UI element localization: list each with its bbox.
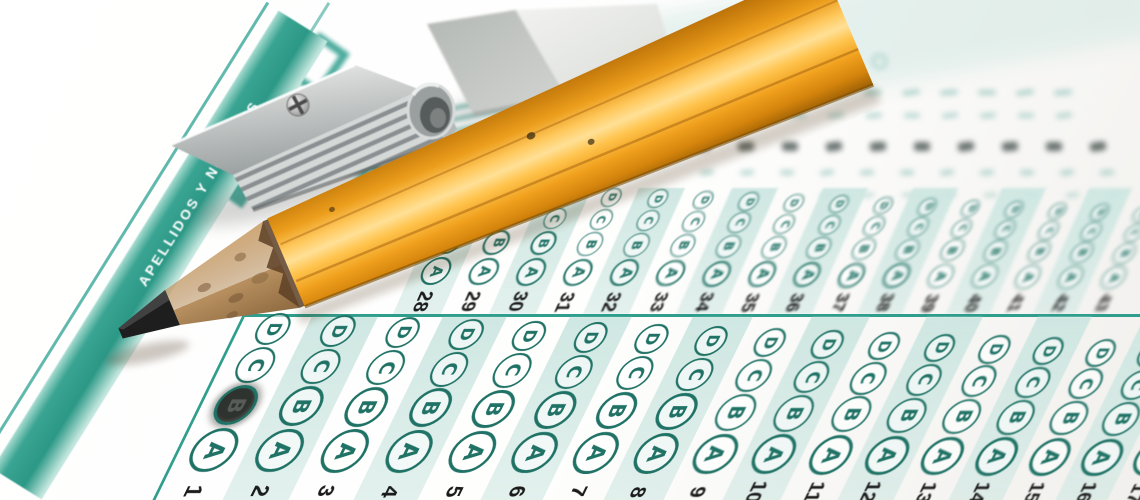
answer-bubble-D: D bbox=[958, 200, 983, 217]
answer-bubble-B: B bbox=[1110, 243, 1140, 264]
answer-bubble-B: B bbox=[479, 230, 515, 255]
question-number: 37 bbox=[825, 291, 854, 314]
answer-bubble-C: C bbox=[724, 212, 753, 232]
question-number: 28 bbox=[406, 289, 438, 314]
answer-bubble-C: C bbox=[844, 362, 892, 394]
answer-bubble-D: D bbox=[748, 328, 792, 357]
answer-bubble-B: B bbox=[272, 386, 331, 426]
answer-bubble-D: D bbox=[506, 321, 552, 352]
answer-bubble-B: B bbox=[936, 239, 967, 261]
answer-bubble-D: D bbox=[806, 330, 849, 359]
answer-bubble-B: B bbox=[848, 238, 880, 260]
answer-bubble-B: B bbox=[767, 395, 821, 431]
answer-bubble-D: D bbox=[379, 317, 426, 348]
answer-bubble-D: D bbox=[914, 198, 939, 216]
question-number: 38 bbox=[870, 291, 899, 314]
answer-bubble-C: C bbox=[586, 209, 617, 230]
question-number: 43 bbox=[1089, 292, 1116, 314]
answer-bubble-C: C bbox=[670, 358, 720, 391]
blurred-text-row bbox=[700, 170, 1114, 175]
answer-bubble-A: A bbox=[441, 431, 504, 473]
question-number: 34 bbox=[689, 290, 719, 314]
answer-bubble-C: C bbox=[815, 215, 844, 235]
question-number: 17 bbox=[1120, 481, 1140, 500]
answer-bubble-D: D bbox=[1045, 203, 1069, 220]
answer-bubble-D: D bbox=[1002, 201, 1027, 218]
answer-bubble-A: A bbox=[923, 264, 958, 288]
answer-bubble-B: B bbox=[1043, 401, 1094, 435]
answer-bubble-D: D bbox=[644, 189, 672, 208]
answer-bubble-B: B bbox=[936, 399, 988, 434]
answer-bubble-A: A bbox=[511, 258, 550, 285]
answer-bubble-A: A bbox=[1097, 266, 1130, 289]
answer-bubble-B: B bbox=[758, 236, 791, 259]
answer-sheet-photo: APELLIDOS Y NOMBRES DCBA28DCBA29DCBA30DC… bbox=[0, 0, 1140, 500]
question-number: 8 bbox=[625, 479, 649, 500]
answer-bubble-B: B bbox=[880, 398, 933, 434]
answer-bubble-B: B bbox=[465, 390, 522, 428]
answer-bubble-C: C bbox=[1035, 221, 1062, 240]
answer-bubble-A: A bbox=[879, 263, 915, 288]
answer-bubble-B: B bbox=[803, 237, 836, 260]
answer-bubble-C: C bbox=[1078, 222, 1104, 240]
answer-bubble-D: D bbox=[1132, 341, 1140, 368]
answer-bubble-D: D bbox=[781, 194, 807, 212]
answer-bubble-C: C bbox=[787, 361, 836, 394]
answer-bubble-D: D bbox=[1088, 204, 1112, 221]
answer-bubble-A: A bbox=[1011, 265, 1045, 289]
question-number: 29 bbox=[454, 289, 486, 314]
answer-bubble-C: C bbox=[549, 355, 600, 389]
question-number: 4 bbox=[377, 478, 402, 500]
answer-bubble-D: D bbox=[825, 195, 851, 213]
answer-bubble-B: B bbox=[527, 391, 584, 429]
question-number: 30 bbox=[502, 289, 534, 314]
question-number: 5 bbox=[441, 478, 466, 500]
answer-bubble-C: C bbox=[992, 220, 1019, 239]
answer-bubble-A: A bbox=[605, 259, 644, 286]
answer-bubble-B: B bbox=[589, 392, 645, 430]
answer-bubble-B: B bbox=[1067, 242, 1097, 263]
answer-bubble-A: A bbox=[789, 262, 826, 287]
question-number: 15 bbox=[1016, 480, 1049, 500]
answer-bubble-C: C bbox=[539, 208, 570, 229]
pencil-sharpener bbox=[155, 45, 485, 225]
answer-bubble-B: B bbox=[431, 229, 467, 254]
answer-bubble-B: B bbox=[666, 234, 700, 258]
question-number: 33 bbox=[643, 290, 673, 314]
answer-bubble-A: A bbox=[698, 261, 736, 287]
answer-bubble-D: D bbox=[597, 188, 625, 207]
answer-bubble-B: B bbox=[206, 385, 266, 425]
answer-bubble-B: B bbox=[402, 388, 460, 427]
answer-bubble-C: C bbox=[948, 219, 976, 238]
answer-bubble-C: C bbox=[1121, 224, 1140, 242]
answer-bubble-C: C bbox=[423, 352, 475, 387]
question-number: 32 bbox=[596, 290, 627, 314]
answer-bubble-A: A bbox=[565, 432, 627, 473]
answer-bubble-A: A bbox=[416, 257, 456, 285]
answer-bubble-C: C bbox=[770, 214, 799, 234]
answer-bubble-C: C bbox=[955, 365, 1002, 397]
question-number: 7 bbox=[565, 478, 590, 500]
answer-bubble-B: B bbox=[824, 396, 878, 432]
answer-bubble-B: B bbox=[620, 233, 654, 257]
question-number: 41 bbox=[1002, 292, 1030, 314]
answer-bubble-C: C bbox=[359, 350, 411, 385]
answer-bubble-D: D bbox=[443, 319, 489, 350]
answer-bubble-A: A bbox=[834, 263, 870, 288]
question-number: 14 bbox=[962, 480, 996, 500]
answer-bubble-B: B bbox=[337, 387, 395, 426]
answer-bubble-C: C bbox=[860, 216, 888, 236]
answer-bubble-A: A bbox=[685, 434, 745, 474]
question-number: 13 bbox=[908, 480, 942, 500]
answer-bubble-D: D bbox=[863, 332, 906, 361]
answer-bubble-C: C bbox=[1009, 367, 1056, 398]
answer-bubble-B: B bbox=[649, 393, 704, 430]
answer-bubble-A: A bbox=[743, 261, 780, 287]
answer-bubble-A: A bbox=[504, 432, 566, 474]
answer-bubble-A: A bbox=[313, 429, 377, 472]
answer-bubble-D: D bbox=[1130, 206, 1140, 222]
answer-bubble-C: C bbox=[904, 217, 932, 236]
question-number: 2 bbox=[247, 477, 273, 500]
answer-bubble-D: D bbox=[1080, 339, 1121, 367]
answer-bubble-A: A bbox=[558, 259, 597, 286]
answer-bubble-C: C bbox=[486, 353, 537, 388]
answer-bubble-B: B bbox=[892, 239, 924, 261]
answer-bubble-A: A bbox=[464, 258, 504, 286]
answer-bubble-B: B bbox=[990, 400, 1042, 435]
answer-bubble-A: A bbox=[626, 433, 687, 474]
answer-bubble-B: B bbox=[980, 240, 1011, 261]
answer-bubble-C: C bbox=[228, 347, 282, 383]
answer-bubble-C: C bbox=[633, 210, 663, 231]
answer-bubble-C: C bbox=[610, 356, 660, 390]
answer-bubble-C: C bbox=[1063, 368, 1109, 399]
answer-bubble-C: C bbox=[729, 359, 778, 392]
question-number: 10 bbox=[738, 479, 773, 500]
question-number: 42 bbox=[1046, 292, 1073, 314]
answer-bubble-C: C bbox=[1115, 370, 1140, 401]
answer-bubble-D: D bbox=[314, 315, 361, 347]
answer-bubble-C: C bbox=[294, 349, 347, 385]
question-number: 12 bbox=[852, 479, 886, 500]
answer-bubble-A: A bbox=[967, 264, 1002, 288]
answer-bubble-D: D bbox=[689, 326, 733, 356]
question-number: 1 bbox=[180, 477, 206, 500]
question-number: 36 bbox=[780, 291, 809, 314]
answer-bubble-D: D bbox=[690, 191, 717, 210]
answer-grid-front: DCBA1DCBA2DCBA3DCBA4DCBA5DCBA6DCBA7DCBA8… bbox=[150, 314, 1140, 500]
answer-bubble-B: B bbox=[573, 232, 608, 256]
answer-bubble-A: A bbox=[652, 260, 690, 286]
question-number: 31 bbox=[549, 290, 580, 314]
question-number: 3 bbox=[313, 477, 338, 500]
answer-bubble-A: A bbox=[1054, 266, 1088, 289]
question-number: 35 bbox=[735, 291, 765, 314]
question-number: 39 bbox=[914, 292, 942, 314]
answer-bubble-D: D bbox=[1027, 337, 1068, 365]
answer-bubble-C: C bbox=[900, 364, 948, 396]
answer-bubble-C: C bbox=[492, 206, 523, 228]
answer-bubble-D: D bbox=[568, 322, 613, 352]
answer-bubble-D: D bbox=[629, 324, 674, 354]
answer-bubble-A: A bbox=[247, 429, 312, 473]
answer-bubble-A: A bbox=[181, 428, 246, 472]
question-number: 6 bbox=[503, 478, 528, 500]
answer-bubble-B: B bbox=[1024, 241, 1054, 262]
answer-bubble-D: D bbox=[919, 334, 961, 362]
answer-bubble-D: D bbox=[504, 185, 533, 205]
answer-bubble-D: D bbox=[735, 192, 762, 211]
answer-grid-back: DCBA28DCBA29DCBA30DCBA31DCBA32DCBA33DCBA… bbox=[392, 188, 1140, 316]
answer-bubble-D: D bbox=[870, 197, 896, 215]
answer-bubble-C: C bbox=[679, 211, 709, 232]
answer-bubble-B: B bbox=[526, 231, 561, 255]
answer-bubble-A: A bbox=[377, 430, 440, 473]
answer-bubble-D: D bbox=[249, 313, 297, 345]
question-number: 11 bbox=[796, 479, 830, 500]
answer-bubble-B: B bbox=[1096, 402, 1140, 436]
question-number: 9 bbox=[685, 479, 709, 500]
question-number: 16 bbox=[1069, 480, 1102, 500]
answer-bubble-D: D bbox=[973, 335, 1015, 363]
answer-bubble-B: B bbox=[712, 235, 746, 258]
question-number: 40 bbox=[959, 292, 987, 314]
answer-bubble-D: D bbox=[551, 186, 579, 206]
answer-bubble-B: B bbox=[708, 394, 763, 431]
blurred-text-row bbox=[430, 142, 1106, 151]
